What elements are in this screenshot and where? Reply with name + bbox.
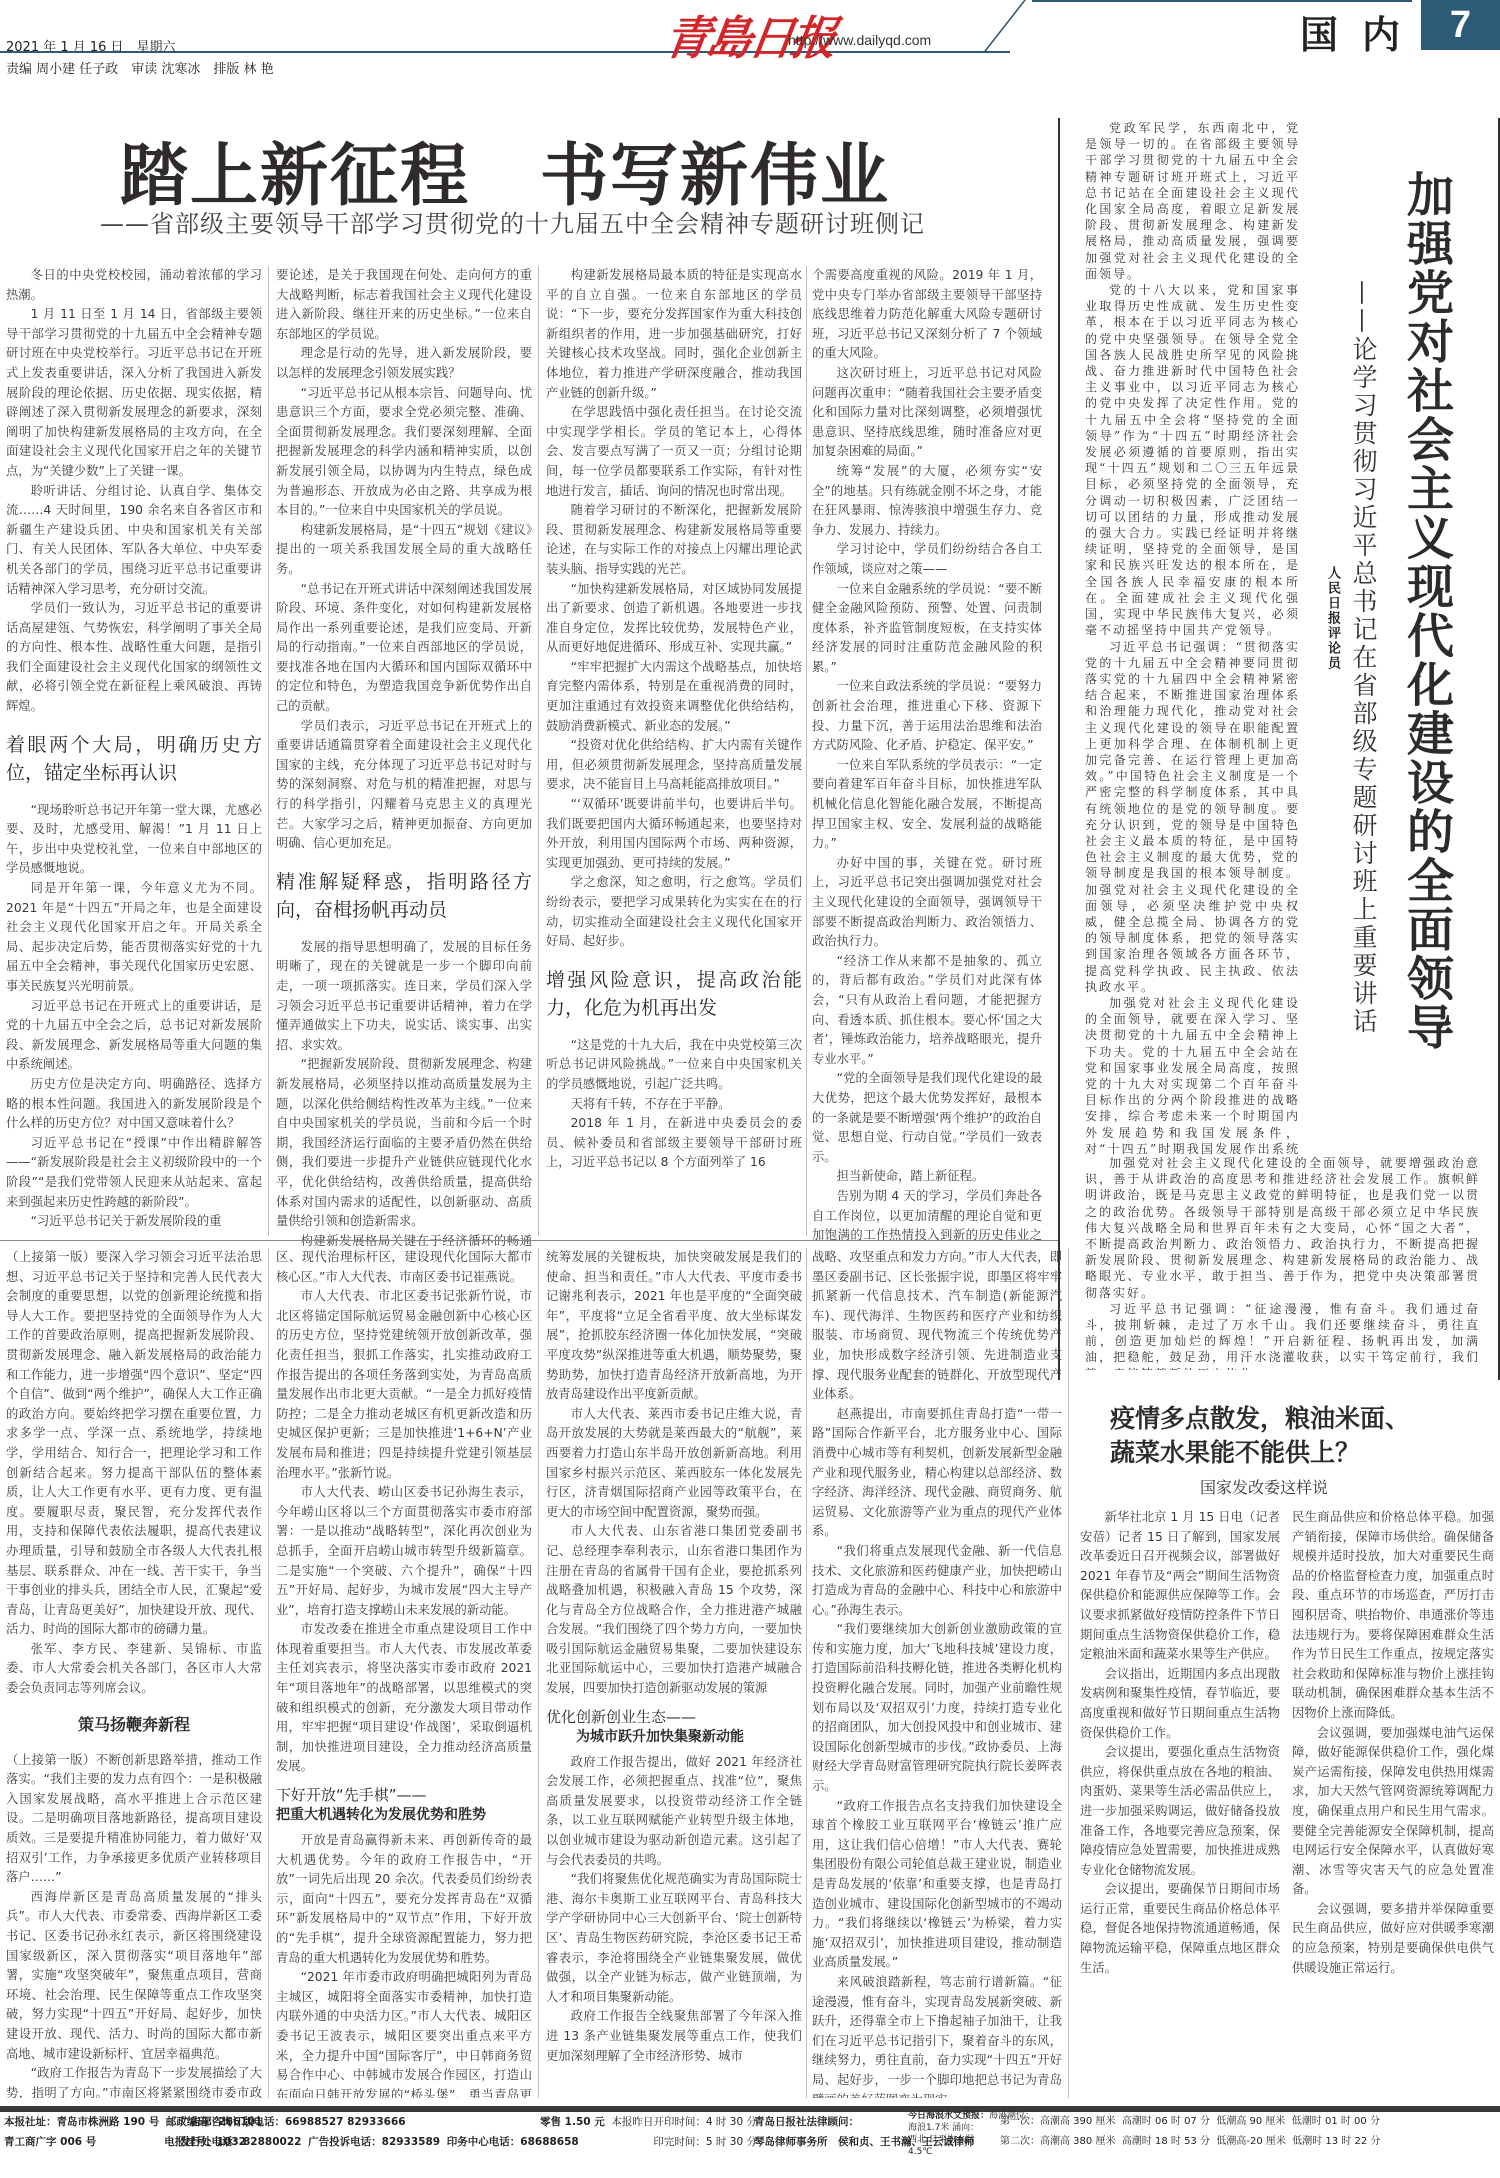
paragraph: 市发改委在推进全市重点建设项目工作中体现着重要担当。市人大代表、市发展改革委主任… [276,1620,532,1777]
address: 本报社址：青岛市株洲路 190 号 [4,2116,159,2128]
paragraph: 会议提出，要强化重点生活物资供应，将保供重点放在各地的粮油、肉蛋奶、菜果等生活必… [1080,1743,1280,1880]
editorial-subtitle: ——论学习贯彻习近平总书记在省部级专题研讨班上重要讲话 [1350,280,1376,1036]
paragraph: 会议强调，要多措并举保障重要民生商品供应，做好应对供暖季寒潮的应急预案，特别是要… [1292,1900,1494,1978]
lead-column-1: 冬日的中央党校校园，涌动着浓郁的学习热潮。 1 月 11 日至 1 月 14 日… [6,266,262,1246]
paragraph: 告别为期 4 天的学习，学员们奔赴各自工作岗位，以更加清醒的理论自觉和更加饱满的… [812,1187,1042,1246]
paragraph: （上接第一版）不断创新思路举措，推动工作落实。“我们主要的发力点有四个：一是积极… [6,1751,262,1888]
section-subheading: 精准解疑释惑，指明路径方向，奋楫扬帆再动员 [276,868,532,924]
paragraph: “牢牢把握扩大内需这个战略基点，加快培育完整内需体系，特别是在重视消费的同时，更… [546,658,802,736]
paragraph: 习近平总书记强调：“征途漫漫，惟有奋斗。我们通过奋斗，披荆斩棘，走过了万水千山。… [1085,1301,1480,1370]
paragraph: 要论述，是关于我国现在何处、走向何方的重大战略判断，标志着我国社会主义现代化建设… [276,266,532,344]
price: 零售 1.50 元 [540,2116,605,2128]
lead-column-2: 要论述，是关于我国现在何处、走向何方的重大战略判断，标志着我国社会主义现代化建设… [276,266,532,1246]
paragraph: （上接第一版）要深入学习领会习近平法治思想、习近平总书记关于坚持和完善人民代表大… [6,1248,262,1640]
lead-column-4: 个需要高度重视的风险。2019 年 1 月，党中央专门举办省部级主要领导干部坚持… [812,266,1042,1246]
paragraph: 政府工作报告提出，做好 2021 年经济社会发展工作，必须把握重点、找准“位”，… [546,1753,802,1871]
paragraph: 会议强调，要加强煤电油气运保障，做好能源保供稳价工作，强化煤炭产运需衔接，保障发… [1292,1724,1494,1900]
license: 青工商广字 006 号 [4,2136,96,2148]
paragraph: 民生商品供应和价格总体平稳。加强产销衔接，保障市场供给。确保储备规模并适时投放，… [1292,1508,1494,1724]
paragraph: 党政军民学，东西南北中，党是领导一切的。在省部级主要领导干部学习贯彻党的十九届五… [1085,120,1300,282]
tide-table: 第一次：高潮高 390 厘米 高潮时 06 时 07 分 低潮高 90 厘米 低… [1000,2112,1380,2152]
paragraph: 新华社北京 1 月 15 日电（记者安蓓）记者 15 日了解到，国家发展改革委近… [1080,1508,1280,1665]
paragraph: “这是党的十九大后，我在中央党校第三次听总书记讲风险挑战。”一位来自中央国家机关… [546,1036,802,1095]
paragraph: 冬日的中央党校校园，涌动着浓郁的学习热潮。 [6,266,262,305]
tide-row: 第一次：高潮高 390 厘米 高潮时 06 时 07 分 低潮高 90 厘米 低… [1000,2112,1380,2132]
paragraph: “政府工作报告为青岛下一步发展描绘了大势，指明了方向。”市南区将紧紧围绕市委市政… [6,2064,262,2098]
editorial-author: 人民日报评论员 [1323,566,1342,671]
paragraph: 担当新使命，踏上新征程。 [812,1167,1042,1187]
paragraph: 市人大代表、崂山区委书记孙海生表示，今年崂山区将以三个方面贯彻落实市委市府部署：… [276,1483,532,1620]
lower-column-4: 战略、攻坚重点和发力方向。”市人大代表，即墨区委副书记、区长张振宇说，即墨区将牢… [812,1248,1062,2098]
paragraph: 政府工作报告全线聚焦部署了今年深入推进 13 条产业链集聚发展等重点工作，使我们… [546,2007,802,2066]
paragraph: 加强党对社会主义现代化建设的全面领导，就要在深入学习、坚决贯彻党的十九届五中全会… [1085,995,1300,1155]
paragraph: “现场聆听总书记开年第一堂大课，尤感必要、及时，尤感受用、解渴！”1 月 11 … [6,801,262,879]
paragraph: “我们将聚焦优化规范确实为青岛国际院士港、海尔卡奥斯工业互联网平台、青岛科技大学… [546,1870,802,2007]
paragraph: “‘双循环’既要讲前半句，也要讲后半句。我们既要把国内大循环畅通起来，也要坚持对… [546,795,802,873]
paragraph: 市人大代表、市北区委书记张新竹说，市北区将锚定国际航运贸易金融创新中心核心区的历… [276,1287,532,1483]
section-top-rule [1032,0,1412,2]
section-subheading: 把重大机遇转化为发展优势和胜势 [276,1805,532,1825]
page-number: 7 [1421,0,1500,50]
paragraph: 办好中国的事，关键在党。研讨班上，习近平总书记突出强调加强党对社会主义现代化建设… [812,854,1042,952]
section-subheading: 着眼两个大局，明确历史方位，锚定坐标再认识 [6,731,262,787]
section-subheading: 下好开放“先手棋”—— [276,1785,532,1805]
footer-block-2: 广告部咨询订版电话：66988527 82933666 发行处电话：828800… [180,2112,579,2152]
paragraph: 习近平总书记强调：“贯彻落实党的十九届五中全会精神要同贯彻落实党的十九届四中全会… [1085,639,1300,995]
paragraph: 随着学习研讨的不断深化，把握新发展阶段、贯彻新发展理念、构建新发展格局等重要论述… [546,501,802,579]
column-rule [806,1248,807,2098]
paragraph: 发展的指导思想明确了，发展的目标任务明晰了，现在的关键就是一步一个脚印向前走，一… [276,938,532,1056]
paragraph: 构建新发展格局最本质的特征是实现高水平的自立自强。一位来自东部地区的学员说：“下… [546,266,802,403]
masthead-rule [0,51,1010,53]
website-link[interactable]: http://www.dailyqd.com [788,32,931,48]
paragraph: 学员们表示，习近平总书记在开班式上的重要讲话通篇贯穿着全面建设社会主义现代化国家… [276,717,532,854]
section-divider [0,1240,1058,1241]
paragraph: 学习讨论中，学员们纷纷结合各自工作领域，谈应对之策—— [812,540,1042,579]
section-subheading: 增强风险意识，提高政治能力，化危为机再出发 [546,966,802,1022]
paragraph: 理念是行动的先导，进入新发展阶段，要以怎样的发展理念引领发展实践？ [276,344,532,383]
paragraph: 一位来自政法系统的学员说：“要努力创新社会治理，推进重心下移、资源下投、力量下沉… [812,677,1042,755]
distribution-phone: 发行处电话：82880022 [180,2136,301,2148]
paragraph: “2021 年市委市政府明确把城阳列为青岛主城区，城阳将全面落实市委精神，加快打… [276,1968,532,2098]
paragraph: 战略、攻坚重点和发力方向。”市人大代表，即墨区委副书记、区长张振宇说，即墨区将牢… [812,1248,1062,1405]
paragraph: 张军、李方民、李建新、吴锦标、市监委、市人大常委会机关各部门，各区市人大常委会负… [6,1640,262,1699]
paragraph: 会议指出，近期国内多点出现散发病例和聚集性疫情，春节临近，要高度重视和做好节日期… [1080,1665,1280,1743]
lower-column-3: 统筹发展的关键板块，加快突破发展是我们的使命、担当和责任。”市人大代表、平度市委… [546,1248,802,2098]
column-rule [268,266,269,1236]
paragraph: 来风破浪踏新程，笃志前行谱新篇。“征途漫漫，惟有奋斗，实现青岛发展新突破、新跃升… [812,1973,1062,2098]
section-subheading: 优化创新创业生态—— [546,1707,802,1727]
paragraph: “加快构建新发展格局，对区域协同发展提出了新要求、创造了新机遇。各地要进一步找准… [546,580,802,658]
paragraph: “总书记在开班式讲话中深刻阐述我国发展阶段、环境、条件变化，对如何构建新发展格局… [276,580,532,717]
lead-subheadline: ——省部级主要领导干部学习贯彻党的十九届五中全会精神专题研讨班侧记 [100,204,925,239]
paragraph: 学之愈深，知之愈明，行之愈笃。学员们纷纷表示，要把学习成果转化为实实在在的行动，… [546,873,802,951]
section-subheading: 为城市跃升加快集聚新动能 [546,1727,802,1747]
lower-column-1: （上接第一版）要深入学习领会习近平法治思想、习近平总书记关于坚持和完善人民代表大… [6,1248,262,2098]
paragraph: 会议提出，要确保节日期间市场运行正常，重要民生商品价格总体平稳，督促各地保持物流… [1080,1880,1280,1978]
paragraph: 学员们一致认为，习近平总书记的重要讲话高屋建瓴、气势恢宏，科学阐明了事关全局的方… [6,599,262,717]
lead-column-3: 构建新发展格局最本质的特征是实现高水平的自立自强。一位来自东部地区的学员说：“下… [546,266,802,1246]
footer-block-3: 零售 1.50 元 本报昨日开印时间：4 时 30 分 印完时间：5 时 30 … [540,2112,757,2152]
story2-column-2: 民生商品供应和价格总体平稳。加强产销衔接，保障市场供给。确保储备规模并适时投放，… [1292,1508,1494,2100]
column-rule [538,1248,539,2098]
paragraph: 1 月 11 日至 1 月 14 日，省部级主要领导干部学习贯彻党的十九届五中全… [6,305,262,481]
paragraph: 习近平总书记在“授课”中作出精辟解答——“新发展阶段是社会主义初级阶段中的一个阶… [6,1134,262,1212]
column-rule [1068,1248,1069,2098]
paragraph: 这次研讨班上，习近平总书记对风险问题再次重申：“随着我国社会主要矛盾变化和国际力… [812,364,1042,462]
print-start: 本报昨日开印时间：4 时 30 分 [611,2116,757,2128]
lower-column-2: 区、现代治理标杆区，建设现代化国际大都市核心区。”市人大代表、市南区委书记崔燕说… [276,1248,532,2098]
paragraph: “政府工作报告点名支持我们加快建设全球首个橡胶工业互联网平台‘橡链云’推广应用，… [812,1797,1062,1973]
column-rule [806,266,807,1236]
story2-column-1: 新华社北京 1 月 15 日电（记者安蓓）记者 15 日了解到，国家发展改革委近… [1080,1508,1280,2100]
paragraph: 开放是青岛赢得新未来、再创新传奇的最大机遇优势。今年的政府工作报告中，“开放”一… [276,1831,532,1968]
paragraph: “我们将重点发展现代金融、新一代信息技术、文化旅游和医药健康产业，加快把崂山打造… [812,1542,1062,1620]
paragraph: 2018 年 1 月，在新进中央委员会的委员、候补委员和省部级主要领导干部研讨班… [546,1114,802,1173]
paragraph: 区、现代治理标杆区，建设现代化国际大都市核心区。”市人大代表、市南区委书记崔燕说… [276,1248,532,1287]
column-rule [268,1248,269,2098]
editors-line: 责编 周小建 任子政 审读 沈寒冰 排版 林 艳 [6,58,274,77]
editorial-column: 党政军民学，东西南北中，党是领导一切的。在省部级主要领导干部学习贯彻党的十九届五… [1085,120,1300,1155]
paragraph: 习近平总书记在开班式上的重要讲话，是党的十九届五中全会之后，总书记对新发展阶段、… [6,997,262,1075]
tide-row: 第二次：高潮高 380 厘米 高潮时 18 时 53 分 低潮高-20 厘米 低… [1000,2132,1380,2152]
paragraph: 统筹发展的关键板块，加快突破发展是我们的使命、担当和责任。”市人大代表、平度市委… [546,1248,802,1405]
paragraph: 在学思践悟中强化责任担当。在讨论交流中实现学学相长。学员的笔记本上，心得体会、发… [546,403,802,501]
ad-complaint-phone: 广告投诉电话：82933589 [308,2136,440,2148]
story-headline[interactable]: 策马扬鞭奔新程 [6,1713,262,1737]
paragraph: 构建新发展格局，是“十四五”规划《建议》提出的一项关系我国发展全局的重大战略任务… [276,521,532,580]
paragraph: 统筹“发展”的大厦，必须夯实“安全”的地基。只有练就金刚不坏之身，才能在狂风暴雨… [812,462,1042,540]
paragraph: 市人大代表、山东省港口集团党委副书记、总经理李奉利表示，山东省港口集团作为注册在… [546,1522,802,1698]
story2-headline[interactable]: 疫情多点散发，粮油米面、 蔬菜水果能不能供上？ [1110,1402,1410,1470]
paragraph: 天将有千转，不存在于平静。 [546,1095,802,1115]
paragraph: “习近平总书记关于新发展阶段的重 [6,1212,262,1232]
print-end: 印完时间：5 时 30 分 [653,2136,757,2148]
paragraph: “经济工作从来都不是抽象的、孤立的，背后都有政治。”学员们对此深有体会，“只有从… [812,952,1042,1070]
paragraph: 一位来自金融系统的学员说：“要不断健全金融风险预防、预警、处置、问责制度体系，补… [812,580,1042,678]
paragraph: 构建新发展格局关键在于经济循环的畅通无阻。一位来自西部地区的学员说：“我们应当坚… [276,1232,532,1246]
paragraph: 一位来自军队系统的学员表示：“一定要向着建军百年奋斗目标，加快推进军队机械化信息… [812,756,1042,854]
editorial-title[interactable]: 加强党对社会主义现代化建设的全面领导 [1392,170,1452,1052]
paragraph: 个需要高度重视的风险。2019 年 1 月，党中央专门举办省部级主要领导干部坚持… [812,266,1042,364]
paragraph: 市人大代表、莱西市委书记庄维大说，青岛开放发展的大势就是莱西最大的“航舰”，莱西… [546,1405,802,1523]
column-rule [538,266,539,1236]
masthead-slant-divider [953,0,1026,52]
editorial-wide-column: 加强党对社会主义现代化建设的全面领导，就要增强政治意识，善于从讲政治的高度思考和… [1085,1155,1480,1370]
section-name: 国内 [1300,4,1424,59]
story2-subheadline: 国家发改委这样说 [1200,1475,1328,1498]
paragraph: “习近平总书记从根本宗旨、问题导向、忧患意识三个方面，要求全党必须完整、准确、全… [276,384,532,521]
paragraph: “党的全面领导是我们现代化建设的最大优势，把这个最大优势发挥好，最根本的一条就是… [812,1069,1042,1167]
paragraph: “投资对优化供给结构、扩大内需有关键作用，但必须贯彻新发展理念，坚持高质量发展要… [546,736,802,795]
paragraph: 历史方位是决定方向、明确路径、选择方略的根本性问题。我国进入的新发展阶段是个什么… [6,1075,262,1134]
paragraph: 加强党对社会主义现代化建设的全面领导，就要增强政治意识，善于从讲政治的高度思考和… [1085,1155,1480,1301]
paragraph: 聆听讲话、分组讨论、认真自学、集体交流……4 天时间里，190 余名来自各省区市… [6,482,262,600]
paragraph: “我们要继续加大创新创业激励政策的宣传和实施力度，加大‘飞地科技城’建设力度，打… [812,1620,1062,1796]
ad-phone: 广告部咨询订版电话：66988527 82933666 [180,2116,406,2128]
paragraph: 党的十八大以来，党和国家事业取得历史性成就、发生历史性变革，根本在于以习近平同志… [1085,282,1300,638]
paragraph: 同是开年第一课，今年意义尤为不同。2021 年是“十四五”开局之年，也是全面建设… [6,879,262,997]
paragraph: 赵燕提出，市南要抓住青岛打造“一带一路”国际合作新平台，北方服务业中心、国际消费… [812,1405,1062,1542]
paragraph: “把握新发展阶段、贯彻新发展理念、构建新发展格局，必须坚持以推动高质量发展为主题… [276,1055,532,1231]
paragraph: 西海岸新区是青岛高质量发展的“排头兵”。市人大代表、市委常委、西海岸新区工委书记… [6,1888,262,2064]
